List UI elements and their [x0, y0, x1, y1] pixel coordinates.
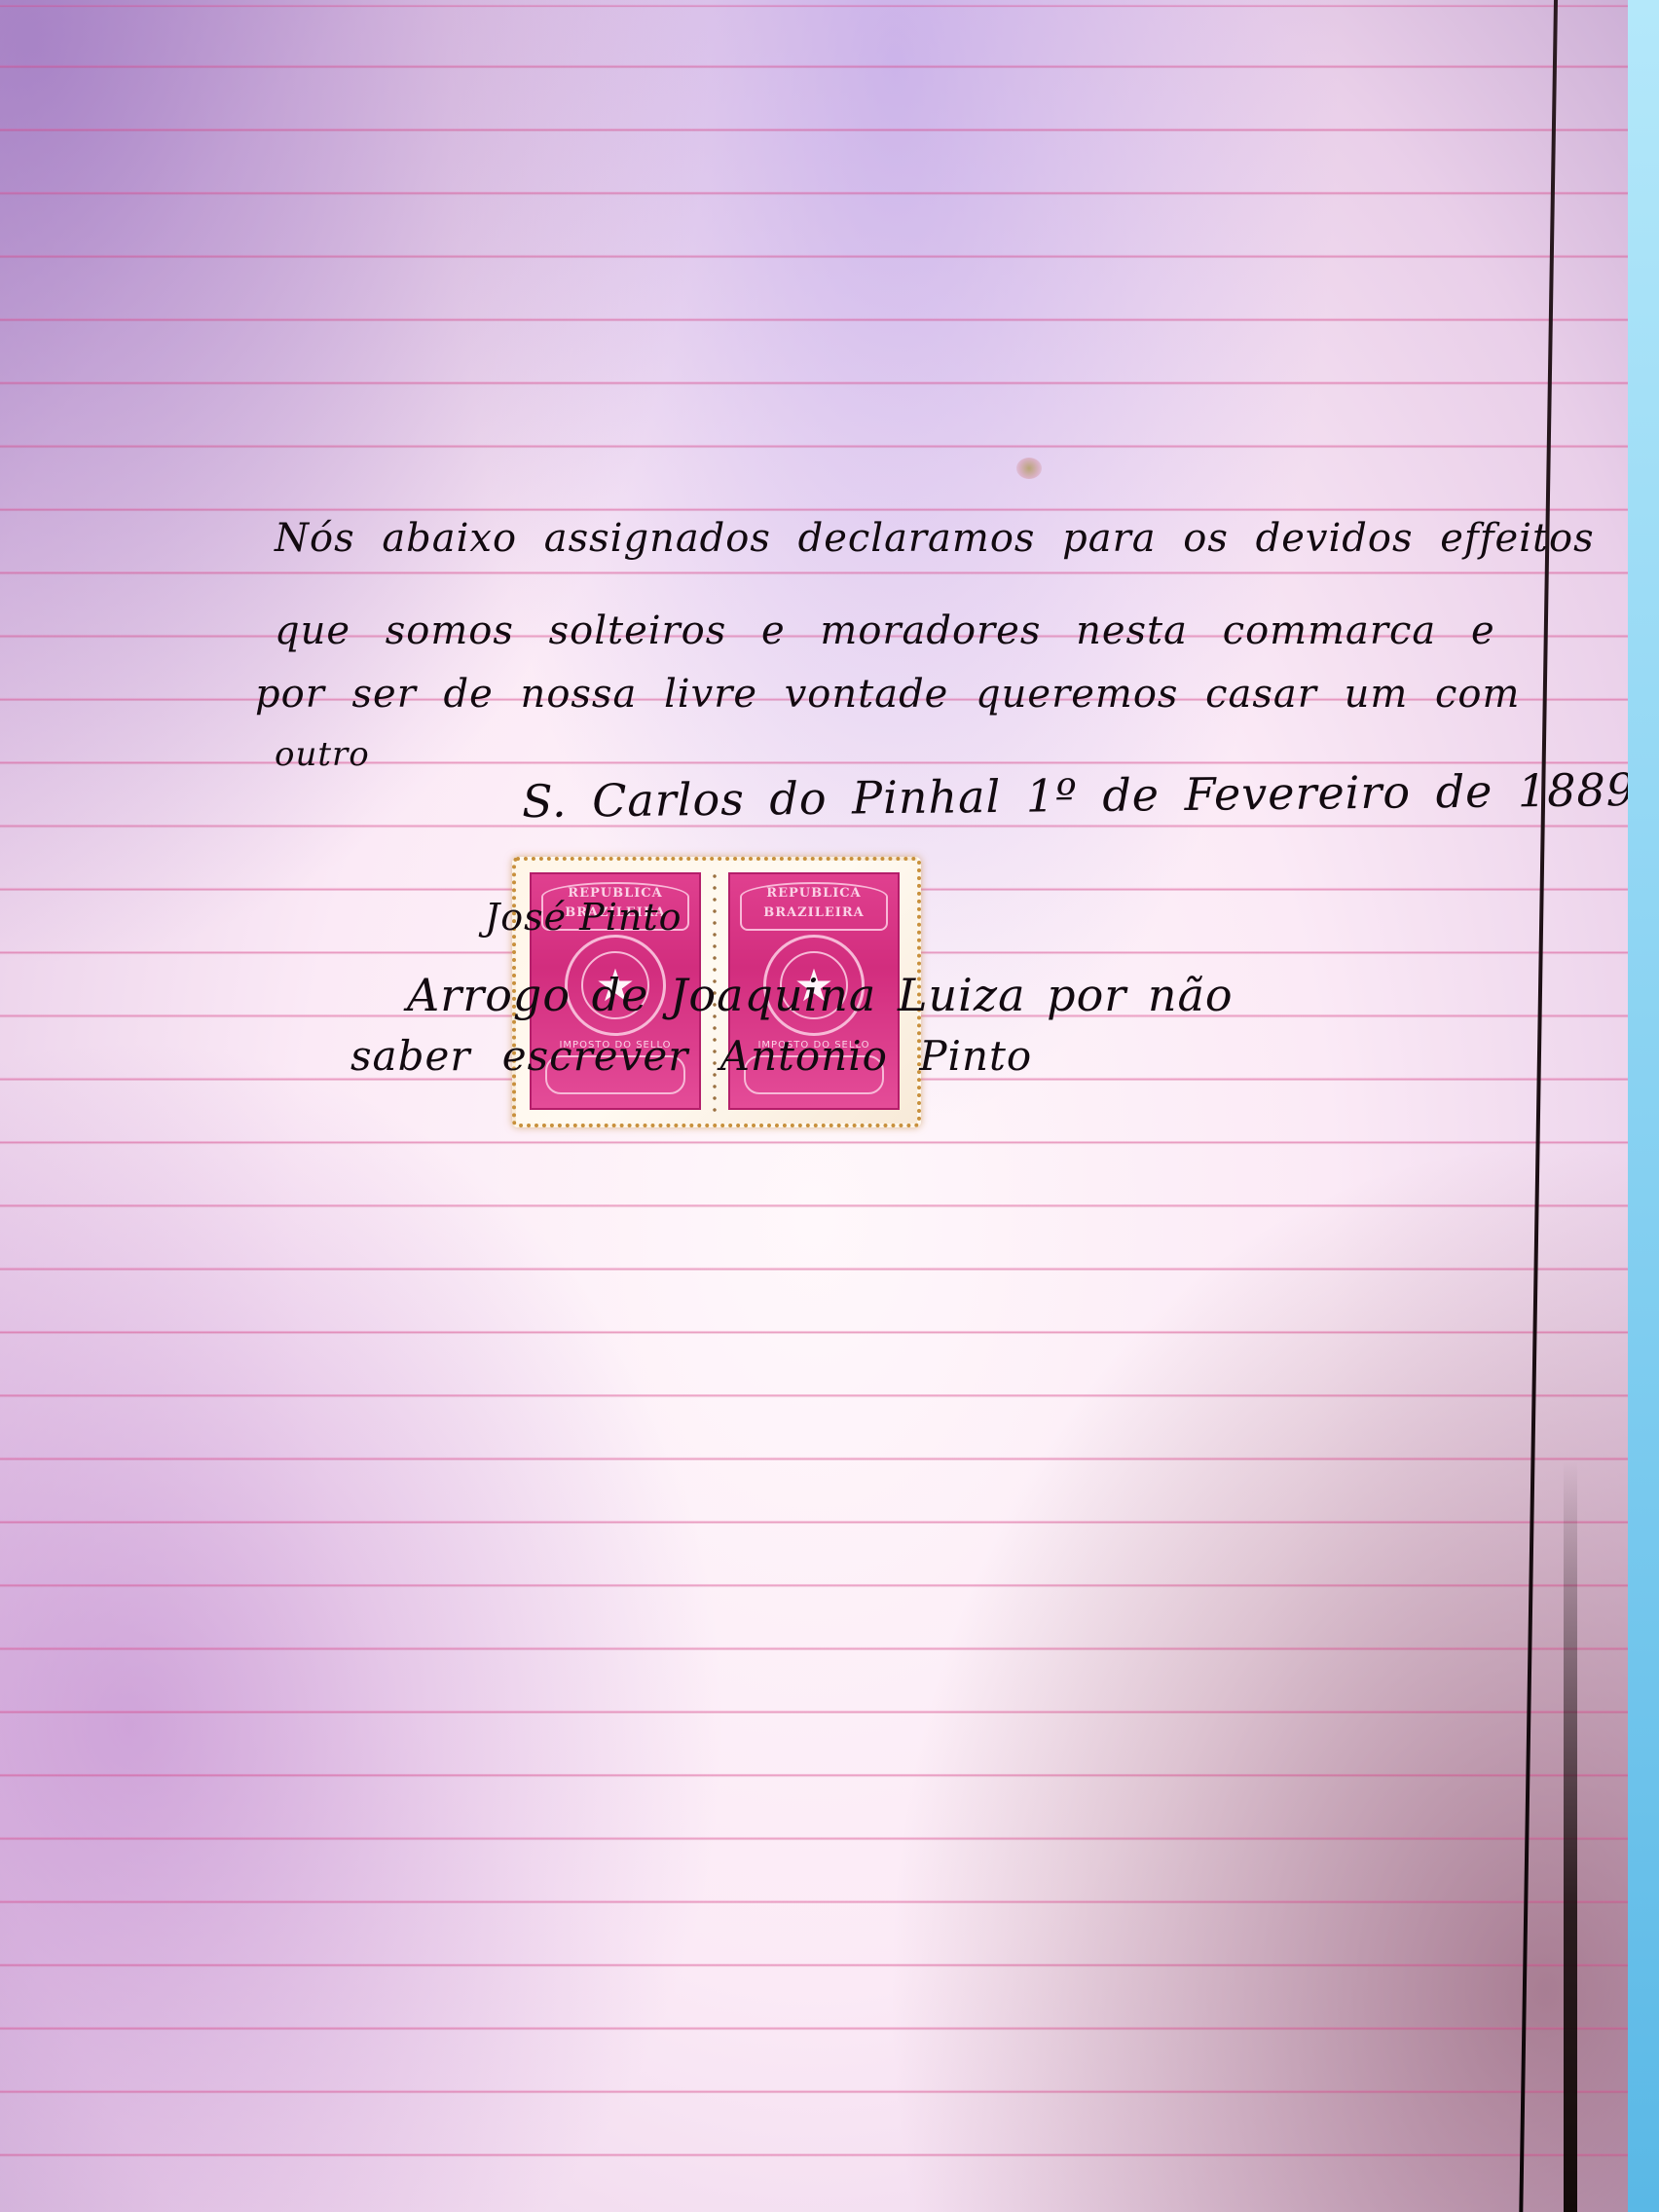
- paper-sheet: Nós abaixo assignados declaramos para os…: [0, 0, 1628, 2212]
- signature-line-3: saber escrever Antonio Pinto: [350, 1032, 1032, 1080]
- signature-line-2: Arrogo de Joaquina Luiza por não: [407, 969, 1234, 1021]
- stamp-banner: REPUBLICA BRAZILEIRA: [740, 882, 888, 931]
- body-line-3: por ser de nossa livre vontade queremos …: [255, 672, 1520, 717]
- body-line-2: que somos solteiros e moradores nesta co…: [275, 608, 1495, 653]
- page-gutter-shadow: [1564, 1460, 1577, 2212]
- document-photo: Nós abaixo assignados declaramos para os…: [0, 0, 1659, 2212]
- background-surface: [1628, 0, 1659, 2212]
- signature-line-1: José Pinto: [485, 896, 682, 939]
- paper-stain: [1016, 458, 1042, 479]
- body-line-1: Nós abaixo assignados declaramos para os…: [275, 516, 1595, 561]
- body-line-4: outro: [275, 735, 370, 774]
